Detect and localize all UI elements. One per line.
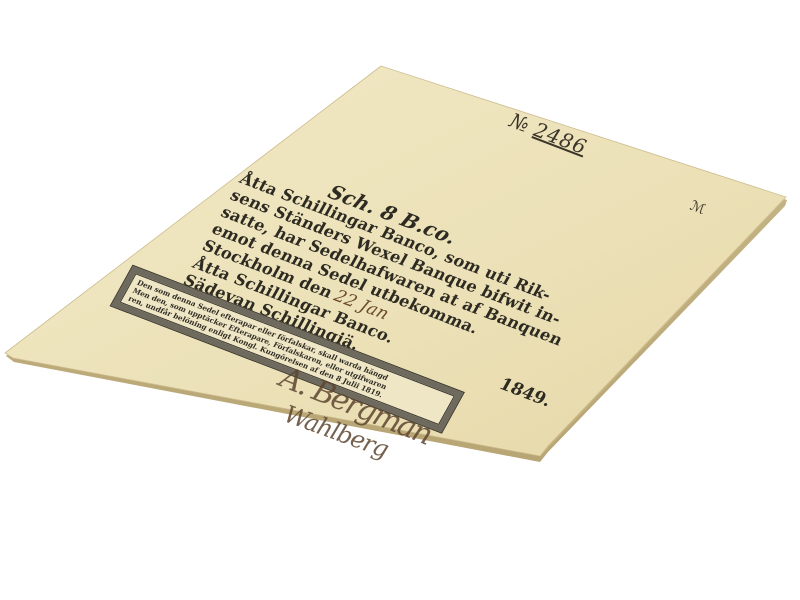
paper-shape (0, 0, 800, 600)
banknote-photo: №2486 ℳ Sch. 8 B.co. Åtta Schillingar Ba… (0, 0, 800, 600)
